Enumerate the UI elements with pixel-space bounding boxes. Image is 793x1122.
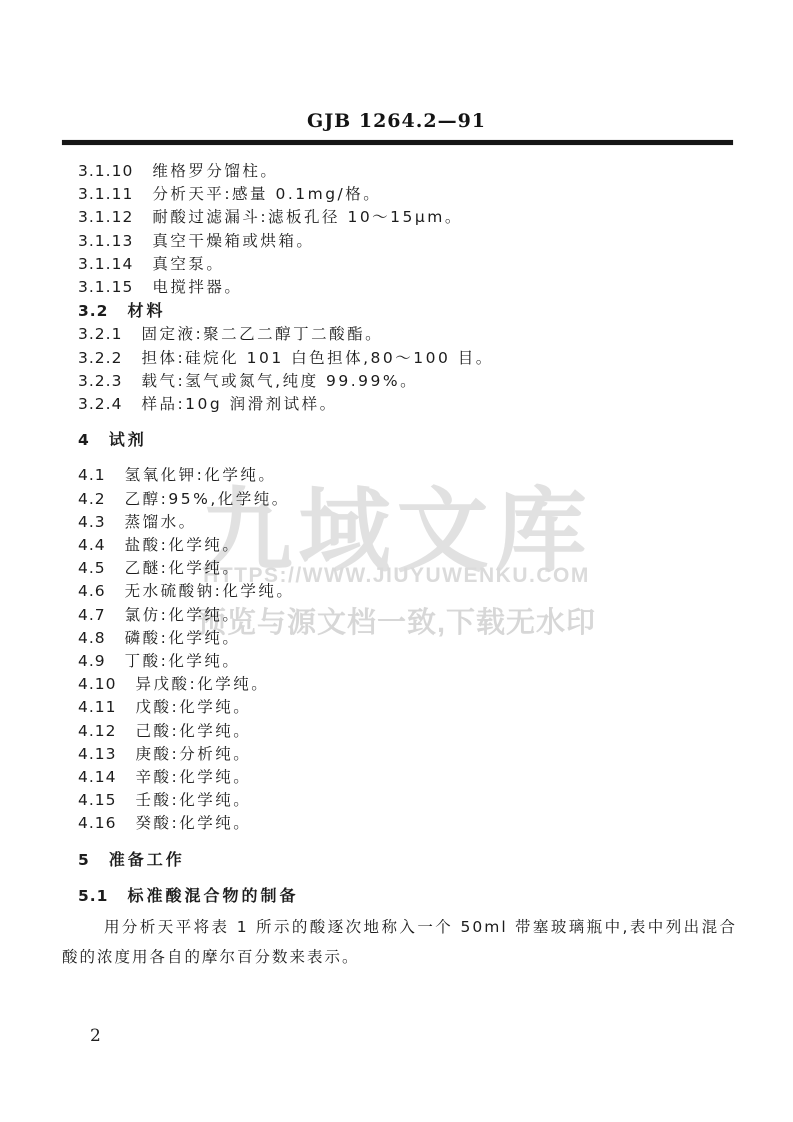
item-text: 丁酸:化学纯。: [125, 652, 241, 670]
item-number: 4.10: [78, 675, 117, 693]
item-number: 4.9: [78, 652, 106, 670]
item-number: 4.4: [78, 536, 106, 554]
item-number: 5: [78, 851, 90, 869]
item-number: 3.2: [78, 302, 108, 320]
item-text: 标准酸混合物的制备: [127, 886, 298, 905]
document-body: 3.1.10维格罗分馏柱。3.1.11分析天平:感量 0.1mg/格。3.1.1…: [0, 160, 793, 972]
list-item: 4.3蒸馏水。: [78, 511, 737, 534]
item-number: 4.5: [78, 559, 106, 577]
item-number: 4.3: [78, 513, 106, 531]
list-item: 3.2.2担体:硅烷化 101 白色担体,80～100 目。: [78, 347, 737, 370]
item-number: 4.13: [78, 745, 117, 763]
header-rule: [62, 140, 733, 145]
item-number: 3.1.14: [78, 255, 133, 273]
item-text: 壬酸:化学纯。: [136, 791, 252, 809]
document-number-header: GJB 1264.2—91: [0, 110, 793, 132]
list-item: 4.12己酸:化学纯。: [78, 720, 737, 743]
list-item: 3.1.14真空泵。: [78, 253, 737, 276]
item-text: 耐酸过滤漏斗:滤板孔径 10～15μm。: [152, 208, 463, 226]
item-number: 3.1.11: [78, 185, 133, 203]
list-item: 4.4盐酸:化学纯。: [78, 534, 737, 557]
item-text: 材料: [127, 301, 165, 320]
item-number: 3.2.2: [78, 349, 122, 367]
item-number: 4.16: [78, 814, 117, 832]
item-number: 4.6: [78, 582, 106, 600]
item-number: 4.14: [78, 768, 117, 786]
list: 3.1.10维格罗分馏柱。3.1.11分析天平:感量 0.1mg/格。3.1.1…: [62, 160, 737, 908]
list-item: 3.2.3载气:氢气或氮气,纯度 99.99%。: [78, 370, 737, 393]
item-text: 氯仿:化学纯。: [125, 606, 241, 624]
item-text: 电搅拌器。: [152, 278, 242, 296]
item-text: 盐酸:化学纯。: [125, 536, 241, 554]
item-number: 3.2.3: [78, 372, 122, 390]
list-item: 4.16癸酸:化学纯。: [78, 812, 737, 835]
list-item: 3.1.12耐酸过滤漏斗:滤板孔径 10～15μm。: [78, 206, 737, 229]
item-number: 4.15: [78, 791, 117, 809]
item-number: 4.2: [78, 490, 106, 508]
list-item: 4.13庚酸:分析纯。: [78, 743, 737, 766]
item-text: 氢氧化钾:化学纯。: [125, 466, 277, 484]
item-text: 载气:氢气或氮气,纯度 99.99%。: [141, 372, 418, 390]
item-number: 4.8: [78, 629, 106, 647]
list-item: 3.1.13真空干燥箱或烘箱。: [78, 230, 737, 253]
list-item: 3.2.4样品:10g 润滑剂试样。: [78, 393, 737, 416]
list-item: 4.10异戊酸:化学纯。: [78, 673, 737, 696]
document-page: 九域文库 HTTPS://WWW.JIUYUWENKU.COM 预览与源文档一致…: [0, 0, 793, 1122]
list-item: 3.1.11分析天平:感量 0.1mg/格。: [78, 183, 737, 206]
item-number: 4.11: [78, 698, 117, 716]
list-item: 4.9丁酸:化学纯。: [78, 650, 737, 673]
item-text: 无水硫酸钠:化学纯。: [125, 582, 295, 600]
section-heading: 3.2材料: [78, 299, 737, 323]
item-number: 3.1.13: [78, 232, 133, 250]
list-item: 4.11戊酸:化学纯。: [78, 696, 737, 719]
item-text: 乙醚:化学纯。: [125, 559, 241, 577]
list-item: 4.6无水硫酸钠:化学纯。: [78, 580, 737, 603]
list-item: 4.8磷酸:化学纯。: [78, 627, 737, 650]
list-item: 3.1.10维格罗分馏柱。: [78, 160, 737, 183]
item-text: 真空干燥箱或烘箱。: [152, 232, 314, 250]
item-text: 庚酸:分析纯。: [136, 745, 252, 763]
item-text: 癸酸:化学纯。: [136, 814, 252, 832]
item-text: 真空泵。: [152, 255, 224, 273]
item-text: 固定液:聚二乙二醇丁二酸酯。: [141, 325, 383, 343]
item-text: 担体:硅烷化 101 白色担体,80～100 目。: [141, 349, 493, 367]
item-text: 乙醇:95%,化学纯。: [125, 490, 290, 508]
list-item: 3.2.1固定液:聚二乙二醇丁二酸酯。: [78, 323, 737, 346]
page-number: 2: [90, 1026, 101, 1046]
item-number: 4.12: [78, 722, 117, 740]
body-paragraph: 用分析天平将表 1 所示的酸逐次地称入一个 50ml 带塞玻璃瓶中,表中列出混合…: [62, 912, 737, 972]
list-item: 3.1.15电搅拌器。: [78, 276, 737, 299]
list-item: 4.5乙醚:化学纯。: [78, 557, 737, 580]
item-text: 准备工作: [109, 850, 185, 869]
item-text: 维格罗分馏柱。: [152, 162, 278, 180]
item-number: 3.2.1: [78, 325, 122, 343]
list-item: 4.15壬酸:化学纯。: [78, 789, 737, 812]
item-number: 4: [78, 431, 90, 449]
item-number: 4.7: [78, 606, 106, 624]
list-item: 4.7氯仿:化学纯。: [78, 604, 737, 627]
section-heading: 5.1标准酸混合物的制备: [78, 884, 737, 908]
item-text: 分析天平:感量 0.1mg/格。: [152, 185, 381, 203]
item-number: 5.1: [78, 887, 108, 905]
item-text: 磷酸:化学纯。: [125, 629, 241, 647]
item-number: 3.1.10: [78, 162, 133, 180]
item-number: 3.2.4: [78, 395, 122, 413]
item-text: 异戊酸:化学纯。: [136, 675, 270, 693]
item-text: 戊酸:化学纯。: [136, 698, 252, 716]
section-heading: 5准备工作: [78, 848, 737, 872]
item-number: 4.1: [78, 466, 106, 484]
item-text: 蒸馏水。: [125, 513, 197, 531]
item-number: 3.1.15: [78, 278, 133, 296]
section-heading: 4试剂: [78, 428, 737, 452]
list-item: 4.2乙醇:95%,化学纯。: [78, 488, 737, 511]
item-text: 辛酸:化学纯。: [136, 768, 252, 786]
item-text: 己酸:化学纯。: [136, 722, 252, 740]
item-text: 样品:10g 润滑剂试样。: [141, 395, 337, 413]
item-text: 试剂: [109, 430, 147, 449]
item-number: 3.1.12: [78, 208, 133, 226]
list-item: 4.14辛酸:化学纯。: [78, 766, 737, 789]
list-item: 4.1氢氧化钾:化学纯。: [78, 464, 737, 487]
